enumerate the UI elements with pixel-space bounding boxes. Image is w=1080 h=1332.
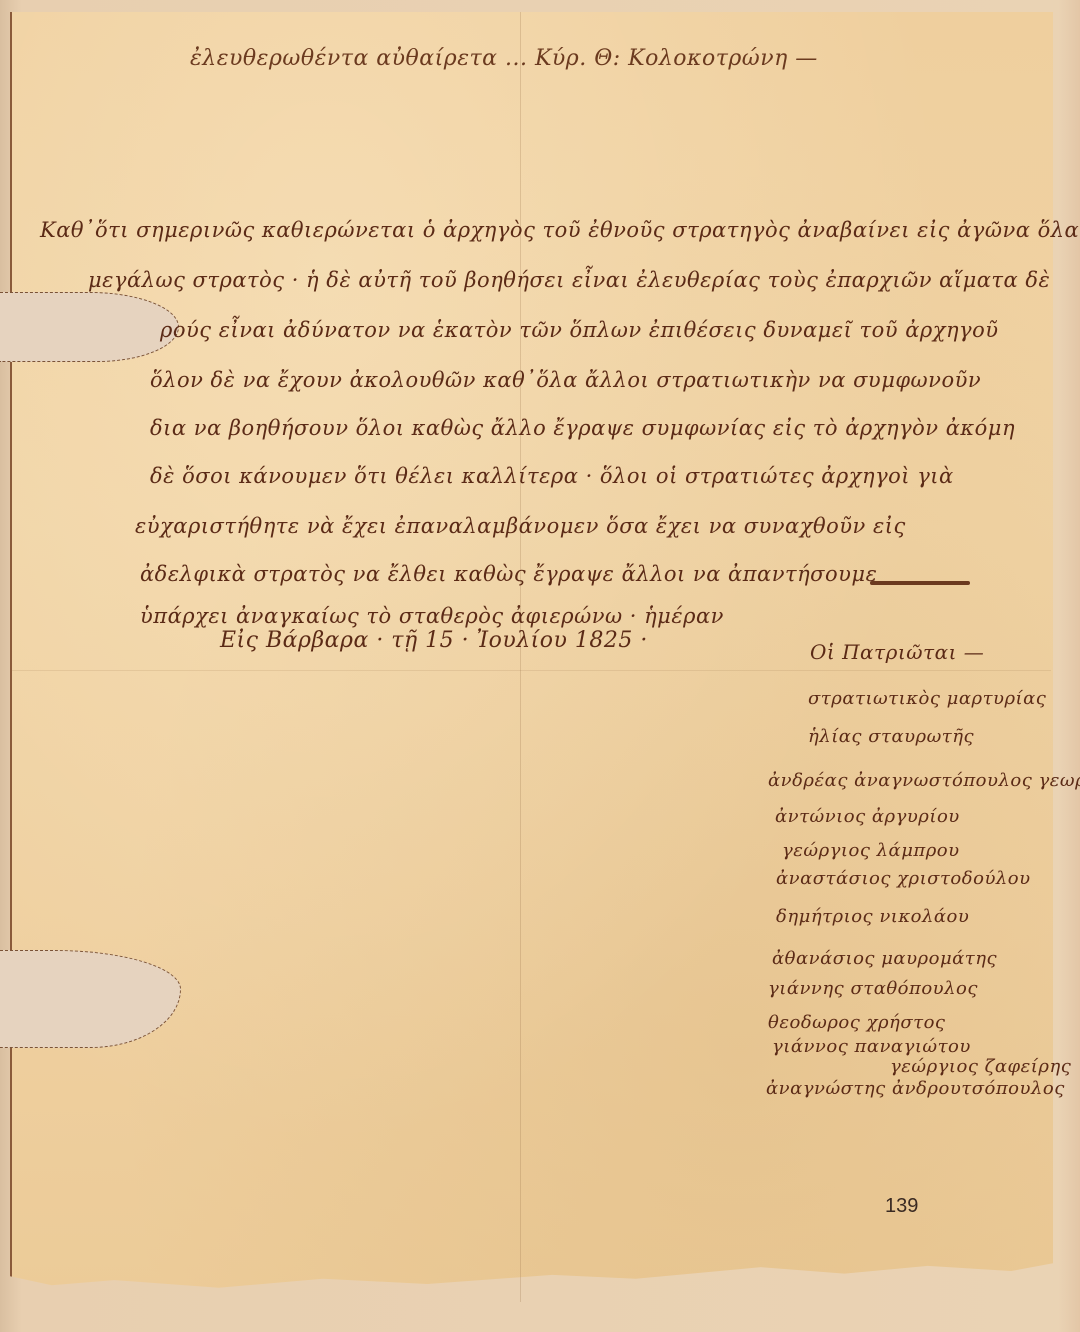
archival-page-number: 139	[885, 1195, 918, 1218]
body-line-6: δὲ ὅσοι κάνουμεν ὅτι θέλει καλλίτερα · ὅ…	[150, 464, 954, 488]
signature-name: ἀναστάσιος χριστοδούλου	[776, 868, 1031, 889]
signature-name: ἀνδρέας ἀναγνωστόπουλος γεωργάκης	[768, 770, 1080, 791]
signature-name: ἀθανάσιος μαυρομάτης	[772, 948, 997, 969]
signature-name: θεοδωρος χρήστος	[768, 1012, 946, 1033]
signature-name: γιάννος παναγιώτου	[772, 1036, 971, 1057]
signature-name: γιάννης σταθόπουλος	[768, 978, 978, 999]
signature-name: δημήτριος νικολάου	[776, 906, 969, 927]
body-line-7: εὐχαριστήθητε νὰ ἔχει ἐπαναλαμβάνομεν ὅσ…	[135, 514, 906, 538]
letter-header: ἐλευθερωθέντα αὐθαίρετα ... Κύρ. Θ: Κολο…	[190, 46, 818, 71]
signature-name: ἡλίας σταυρωτῆς	[808, 726, 974, 747]
signature-name: ἀντώνιος ἀργυρίου	[775, 806, 960, 827]
body-line-4: ὅλον δὲ να ἔχουν ἀκολουθῶν καθ᾽ὅλα ἄλλοι…	[150, 368, 981, 392]
body-line-2: μεγάλως στρατὸς · ἡ δὲ αὐτῆ τοῦ βοηθήσει…	[88, 268, 1050, 292]
signature-name: γεώργιος ζαφείρης	[890, 1056, 1071, 1077]
signature-salutation: Οἱ Πατριῶται —	[810, 640, 984, 664]
body-line-9: ὑπάρχει ἀναγκαίως τὸ σταθερὸς ἀφιερώνω ·…	[140, 604, 724, 628]
horizontal-fold-line	[10, 670, 1051, 671]
place-date-line: Εἰς Βάρβαρα · τῇ 15 · Ἰουλίου 1825 ·	[220, 628, 648, 653]
body-line-5: δια να βοηθήσουν ὅλοι καθὼς ἄλλο ἔγραψε …	[150, 416, 1015, 440]
signature-name: ἀναγνώστης ἀνδρουτσόπουλος	[766, 1078, 1065, 1099]
body-line-8: ἀδελφικὰ στρατὸς να ἔλθει καθὼς ἔγραψε ἄ…	[140, 562, 877, 586]
body-line-3: ρούς εἶναι ἀδύνατον να ἑκατὸν τῶν ὅπλων …	[160, 318, 999, 342]
body-line-1: Καθ᾽ὅτι σημερινῶς καθιερώνεται ὁ ἀρχηγὸς…	[40, 218, 1079, 242]
signature-name: στρατιωτικὸς μαρτυρίας	[808, 688, 1046, 709]
vertical-fold-line	[520, 12, 521, 1302]
signature-name: γεώργιος λάμπρου	[782, 840, 960, 861]
closing-flourish-rule	[870, 581, 970, 585]
paper-tear-upper-left	[0, 292, 179, 362]
